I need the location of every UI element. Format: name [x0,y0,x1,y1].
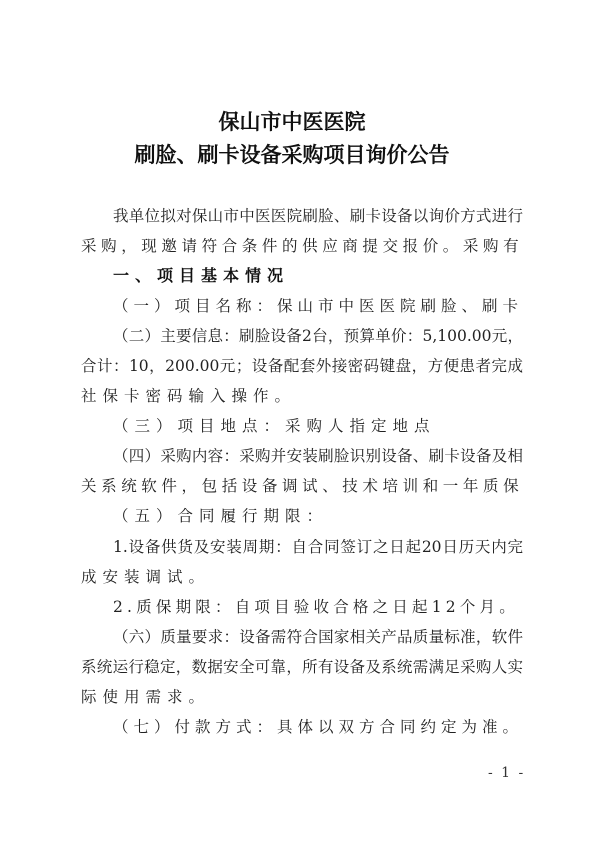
item-quality-requirement-line: 系统运行稳定，数据安全可靠，所有设备及系统需满足采购人实 [81,652,523,682]
intro-paragraph-line: 采购，现邀请符合条件的供应商提交报价。采购有关要求如下： [81,231,523,261]
item-payment-method: （七）付款方式：具体以双方合同约定为准。 [81,712,523,742]
item-main-info-line: （二）主要信息：刷脸设备2台，预算单价：5,100.00元， [81,321,523,351]
document-title-line2: 刷脸、刷卡设备采购项目询价公告 [0,138,592,171]
item-delivery-period-line: 成安装调试。 [81,562,523,592]
item-quality-requirement-line: 际使用需求。 [81,682,523,712]
item-procurement-content-line: （四）采购内容：采购并安装刷脸识别设备、刷卡设备及相 [81,441,523,471]
item-delivery-period-line: 1.设备供货及安装周期：自合同签订之日起20日历天内完 [81,532,523,562]
document-page: 保山市中医医院 刷脸、刷卡设备采购项目询价公告 我单位拟对保山市中医医院刷脸、刷… [0,0,600,849]
item-warranty-period: 2.质保期限：自项目验收合格之日起12个月。 [81,592,523,622]
intro-paragraph-line: 我单位拟对保山市中医医院刷脸、刷卡设备以询价方式进行 [81,201,523,231]
document-title-line1: 保山市中医医院 [0,105,592,138]
item-main-info-line: 合计：10，200.00元；设备配套外接密码键盘，方便患者完成 [81,351,523,381]
item-procurement-content-line: 关系统软件，包括设备调试、技术培训和一年质保服务。 [81,471,523,501]
section-heading-basic-info: 一、项目基本情况 [81,261,523,291]
item-quality-requirement-line: （六）质量要求：设备需符合国家相关产品质量标准，软件 [81,622,523,652]
item-main-info-line: 社保卡密码输入操作。 [81,381,523,411]
item-project-name: （一）项目名称：保山市中医医院刷脸、刷卡设备采购 [81,291,523,321]
item-project-location: （三）项目地点：采购人指定地点 [81,411,523,441]
page-number: - 1 - [488,765,525,781]
document-body: 我单位拟对保山市中医医院刷脸、刷卡设备以询价方式进行 采购，现邀请符合条件的供应… [81,201,523,742]
item-contract-period: （五）合同履行期限： [81,501,523,531]
